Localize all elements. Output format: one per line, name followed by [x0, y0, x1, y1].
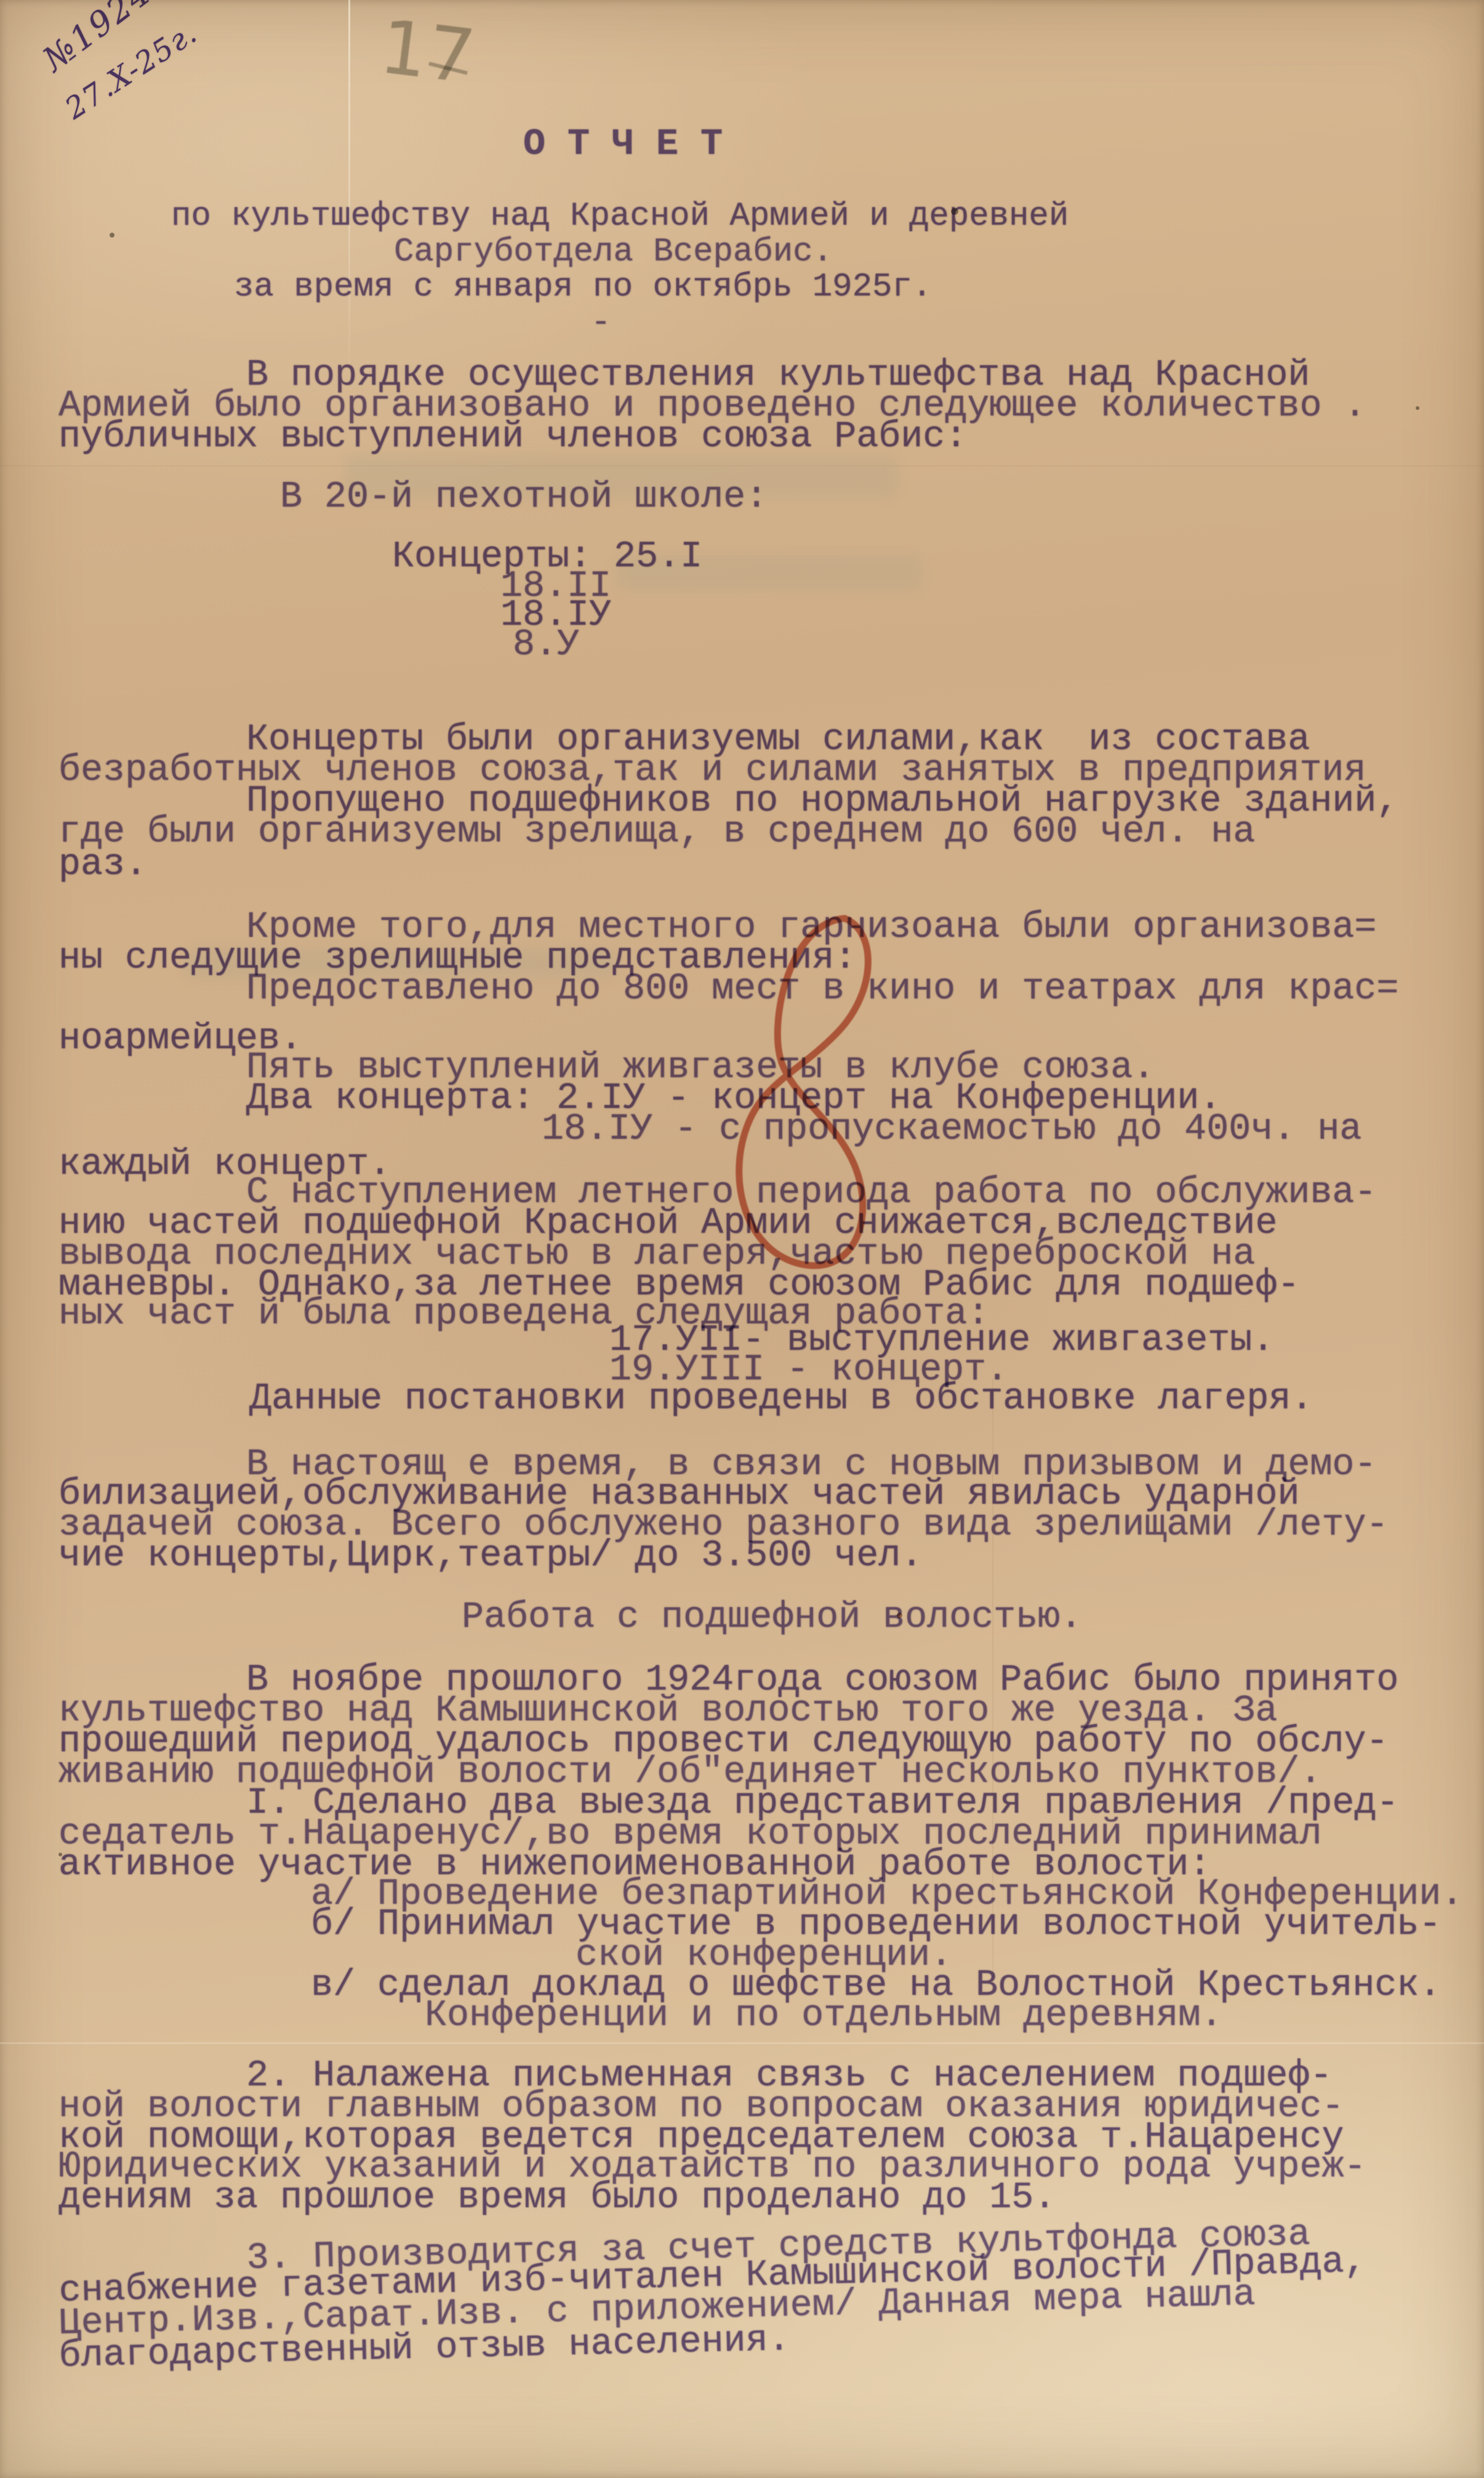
typed-line: Конференции и по отдельным деревням. — [425, 1997, 1222, 2034]
typed-line: 18.IУ - с пропускаемостью до 400ч. на — [542, 1111, 1362, 1148]
pencil-page-number: 17 — [375, 4, 479, 101]
typed-line: - — [591, 307, 611, 340]
document-subtitle: Саргуботдела Всерабис. — [394, 236, 833, 269]
document-subtitle: за время с января по октябрь 1925г. — [234, 271, 932, 304]
typed-line: раз. — [58, 846, 147, 883]
typed-line: дениям за прошлое время было проделано д… — [58, 2179, 1056, 2216]
document-title: О Т Ч Е Т — [523, 126, 723, 163]
typed-line: где были организуемы зрелища, в среднем … — [58, 814, 1255, 851]
document-subtitle: по культшефству над Красной Армией и дер… — [171, 200, 1069, 233]
fold-crease-horizontal — [0, 2042, 1484, 2044]
fold-crease-horizontal — [0, 465, 1484, 467]
typed-line: публичных выступлений членов союза Рабис… — [58, 419, 967, 455]
typed-line: Данные постановки проведены в обстановке… — [249, 1381, 1313, 1417]
fold-crease-vertical — [348, 0, 350, 394]
typed-line: 8.У — [513, 627, 579, 664]
paper-speck — [1416, 406, 1419, 410]
scanned-document-page: №1924 27.X-25г. 17 О Т Ч Е Тпо культшефс… — [0, 0, 1484, 2478]
paper-speck — [110, 233, 114, 238]
section-heading: Работа с подшефной волостью. — [462, 1599, 1082, 1636]
section-heading: В 20-й пехотной школе: — [280, 479, 768, 516]
typed-line: Предоставлено до 800 мест в кино и театр… — [246, 971, 1398, 1008]
typed-line: чие концерты,Цирк,театры/ до 3.500 чел. — [58, 1538, 923, 1574]
